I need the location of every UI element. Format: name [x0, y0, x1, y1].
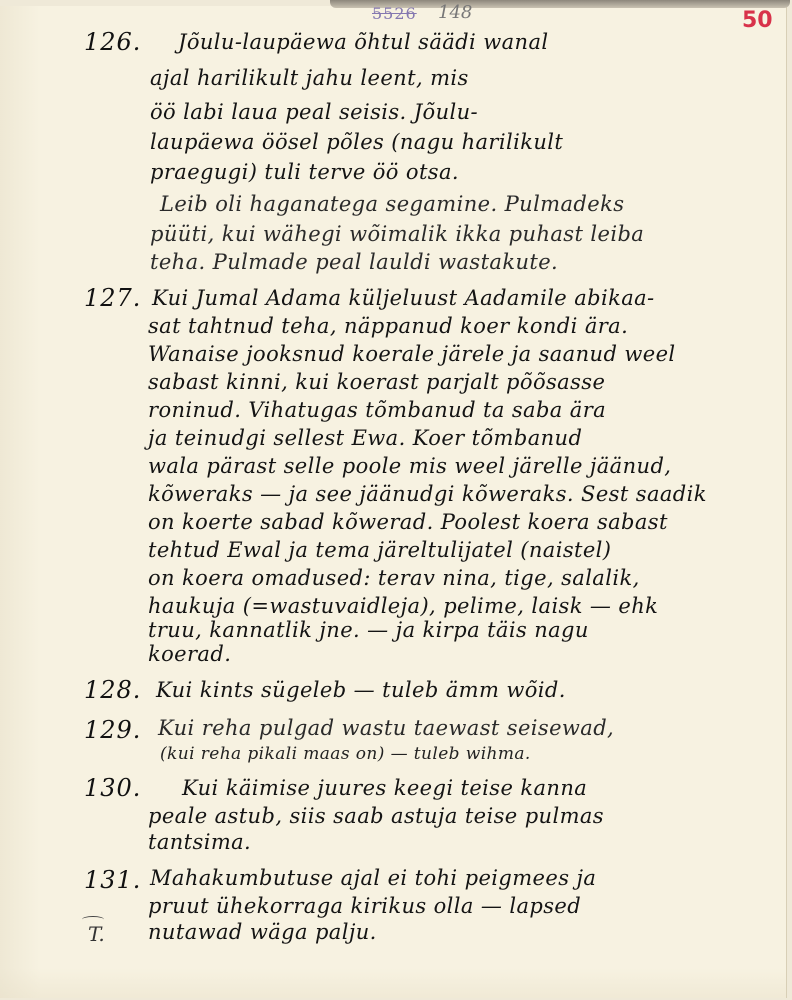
entry-127-line: on koera omadused: terav nina, tige, sal… — [148, 566, 640, 590]
entry-129-line: (kui reha pikali maas on) — tuleb wihma. — [160, 744, 531, 764]
entry-number-126: 126. — [84, 28, 141, 56]
entry-126-line: öö labi laua peal seisis. Jõulu- — [150, 100, 478, 124]
entry-127-line: koerad. — [148, 642, 231, 666]
entry-127-line: tehtud Ewal ja tema järeltulijatel (nais… — [148, 538, 611, 562]
entry-127-line: roninud. Vihatugas tõmbanud ta saba ära — [148, 398, 606, 422]
entry-126-line: Leib oli haganatega segamine. Pulmadeks — [160, 192, 624, 216]
entry-130-line: tantsima. — [148, 830, 251, 854]
entry-127-line: sat tahtnud teha, näppanud koer kondi är… — [148, 314, 628, 338]
entry-127-line: Kui Jumal Adama küljeluust Aadamile abik… — [152, 286, 655, 310]
entry-127-line: on koerte sabad kõwerad. Poolest koera s… — [148, 510, 668, 534]
entry-number-130: 130. — [84, 774, 141, 802]
entry-127-line: Wanaise jooksnud koerale järele ja saanu… — [148, 342, 676, 366]
entry-126-line: püüti, kui wähegi wõimalik ikka puhast l… — [150, 222, 644, 246]
folio-number: 50 — [742, 8, 773, 33]
entry-127-line: ja teinudgi sellest Ewa. Koer tõmbanud — [148, 426, 582, 450]
entry-number-128: 128. — [84, 676, 141, 704]
entry-130-line: peale astub, siis saab astuja teise pulm… — [148, 804, 604, 828]
entry-127-line: truu, kannatlik jne. — ja kirpa täis nag… — [148, 618, 589, 642]
entry-127-line: sabast kinni, kui koerast parjalt põõsas… — [148, 370, 605, 394]
page-number: 148 — [438, 2, 472, 23]
entry-128-line: Kui kints sügeleb — tuleb ämm wõid. — [156, 678, 566, 702]
entry-126-line: ajal harilikult jahu leent, mis — [150, 66, 469, 90]
entry-127-line: kõweraks — ja see jäänudgi kõweraks. Ses… — [148, 482, 707, 506]
entry-127-line: haukuja (=wastuvaidleja), pelime, laisk … — [148, 594, 658, 618]
entry-126-line: laupäewa öösel põles (nagu harilikult — [150, 130, 563, 154]
entry-127-line: wala pärast selle poole mis weel järelle… — [148, 454, 671, 478]
entry-131-line: pruut ühekorraga kirikus olla — lapsed — [148, 894, 581, 918]
entry-126-line: Jõulu-laupäewa õhtul säädi wanal — [178, 30, 548, 54]
margin-note: T. — [88, 922, 105, 946]
entry-130-line: Kui käimise juures keegi teise kanna — [182, 776, 587, 800]
entry-126-line: teha. Pulmade peal lauldi wastakute. — [150, 250, 558, 274]
entry-131-line: Mahakumbutuse ajal ei tohi peigmees ja — [150, 866, 596, 890]
entry-number-129: 129. — [84, 716, 141, 744]
entry-number-131: 131. — [84, 866, 141, 894]
entry-126-line: praegugi) tuli terve öö otsa. — [150, 160, 459, 184]
archive-number-struck: 5526 — [372, 4, 417, 23]
entry-131-line: nutawad wäga palju. — [148, 920, 377, 944]
entry-number-127: 127. — [84, 284, 141, 312]
entry-129-line: Kui reha pulgad wastu taewast seisewad, — [158, 716, 614, 740]
